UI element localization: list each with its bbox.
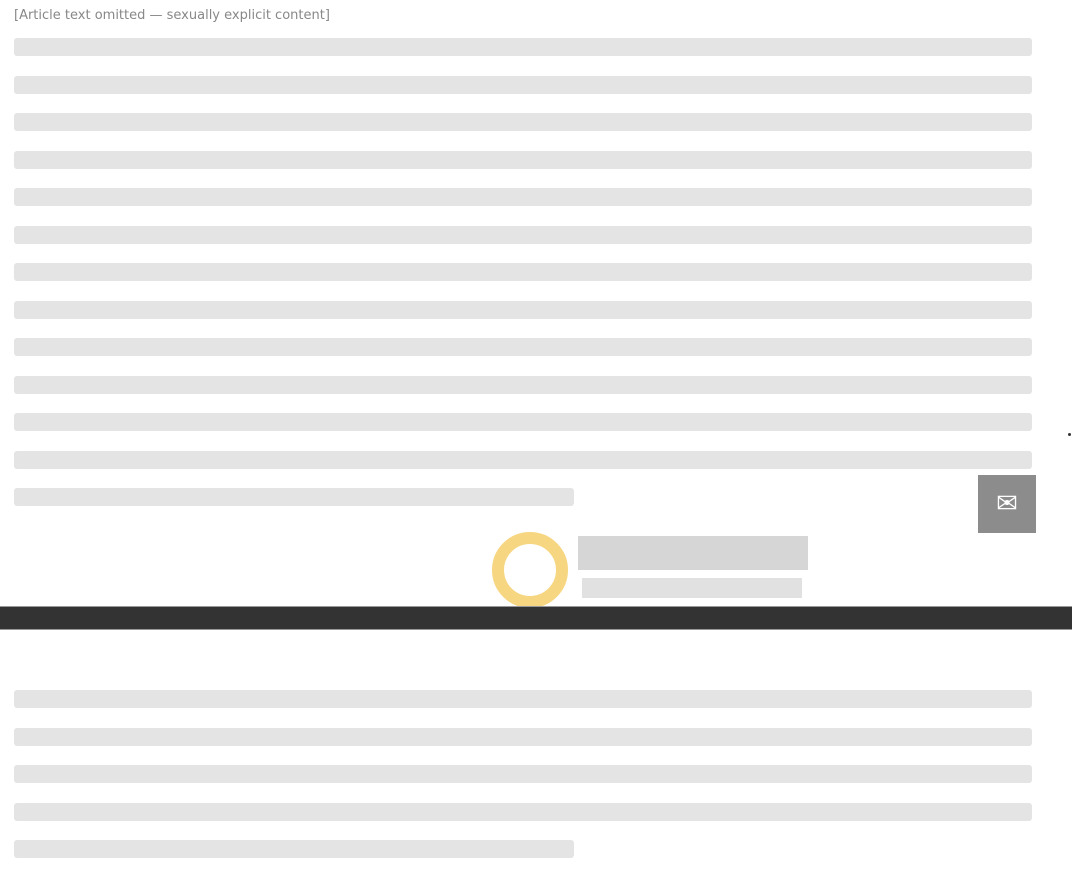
text-line-placeholder [14,413,1032,431]
text-line-placeholder [14,488,574,506]
section-divider [0,606,1072,630]
text-line-placeholder [14,113,1032,131]
scroll-marker [1068,433,1071,436]
text-line-placeholder [14,263,1032,281]
watermark-title [578,536,808,570]
watermark-url [582,578,802,598]
text-line-placeholder [14,803,1032,821]
article-body-bottom [14,690,1032,877]
text-line-placeholder [14,76,1032,94]
watermark-logo-icon [492,532,568,608]
floating-envelope-button[interactable]: ✉ [978,475,1036,533]
text-line-placeholder [14,151,1032,169]
content-omitted-notice: [Article text omitted — sexually explici… [14,8,330,23]
text-line-placeholder [14,690,1032,708]
article-body-top [14,38,1032,526]
text-line-placeholder [14,226,1032,244]
text-line-placeholder [14,338,1032,356]
text-line-placeholder [14,728,1032,746]
text-line-placeholder [14,765,1032,783]
text-line-placeholder [14,451,1032,469]
watermark [492,532,822,612]
text-line-placeholder [14,38,1032,56]
text-line-placeholder [14,840,574,858]
text-line-placeholder [14,188,1032,206]
text-line-placeholder [14,376,1032,394]
text-line-placeholder [14,301,1032,319]
envelope-icon: ✉ [996,489,1018,519]
